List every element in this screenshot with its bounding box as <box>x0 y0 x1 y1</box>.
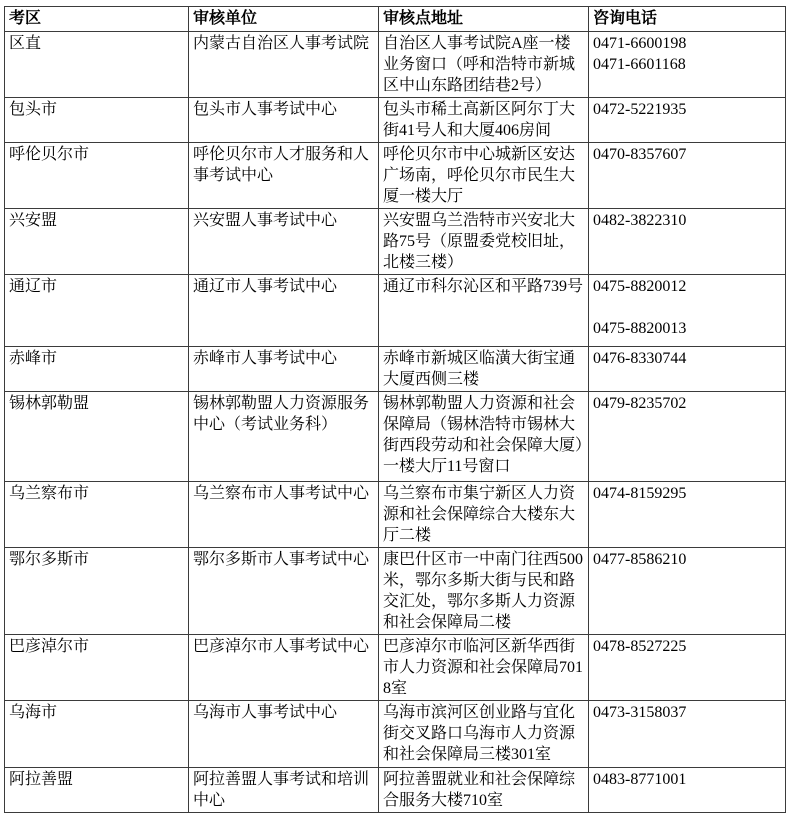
cell-district: 鄂尔多斯市 <box>5 548 189 635</box>
cell-unit: 赤峰市人事考试中心 <box>189 347 379 392</box>
cell-district: 呼伦贝尔市 <box>5 143 189 209</box>
cell-district: 乌兰察布市 <box>5 482 189 548</box>
cell-phone: 0476-8330744 <box>589 347 786 392</box>
table-row: 乌海市 乌海市人事考试中心 乌海市滨河区创业路与宜化街交叉路口乌海市人力资源和社… <box>5 701 786 768</box>
col-header-address: 审核点地址 <box>379 7 589 32</box>
col-header-unit: 审核单位 <box>189 7 379 32</box>
table-row: 通辽市 通辽市人事考试中心 通辽市科尔沁区和平路739号 0475-882001… <box>5 275 786 347</box>
col-header-phone: 咨询电话 <box>589 7 786 32</box>
cell-address: 巴彦淖尔市临河区新华西街市人力资源和社会保障局7018室 <box>379 635 589 701</box>
cell-phone: 0478-8527225 <box>589 635 786 701</box>
cell-district: 巴彦淖尔市 <box>5 635 189 701</box>
cell-district: 阿拉善盟 <box>5 768 189 813</box>
cell-phone: 0475-8820012 0475-8820013 <box>589 275 786 347</box>
table-row: 鄂尔多斯市 鄂尔多斯市人事考试中心 康巴什区市一中南门往西500米，鄂尔多斯大街… <box>5 548 786 635</box>
cell-address: 锡林郭勒盟人力资源和社会保障局（锡林浩特市锡林大街西段劳动和社会保障大厦）一楼大… <box>379 392 589 482</box>
cell-phone: 0471-6600198 0471-6601168 <box>589 32 786 98</box>
cell-district: 赤峰市 <box>5 347 189 392</box>
cell-address: 通辽市科尔沁区和平路739号 <box>379 275 589 347</box>
cell-address: 包头市稀土高新区阿尔丁大街41号人和大厦406房间 <box>379 98 589 143</box>
cell-district: 通辽市 <box>5 275 189 347</box>
table-row: 阿拉善盟 阿拉善盟人事考试和培训中心 阿拉善盟就业和社会保障综合服务大楼710室… <box>5 768 786 813</box>
cell-unit: 包头市人事考试中心 <box>189 98 379 143</box>
table-row: 呼伦贝尔市 呼伦贝尔市人才服务和人事考试中心 呼伦贝尔市中心城新区安达广场南，呼… <box>5 143 786 209</box>
cell-phone: 0473-3158037 <box>589 701 786 768</box>
table-row: 区直 内蒙古自治区人事考试院 自治区人事考试院A座一楼业务窗口（呼和浩特市新城区… <box>5 32 786 98</box>
cell-address: 阿拉善盟就业和社会保障综合服务大楼710室 <box>379 768 589 813</box>
page: 考区 审核单位 审核点地址 咨询电话 区直 内蒙古自治区人事考试院 自治区人事考… <box>0 0 789 802</box>
cell-address: 兴安盟乌兰浩特市兴安北大路75号（原盟委党校旧址，北楼三楼） <box>379 209 589 275</box>
cell-unit: 鄂尔多斯市人事考试中心 <box>189 548 379 635</box>
table-row: 赤峰市 赤峰市人事考试中心 赤峰市新城区临潢大街宝通大厦西侧三楼 0476-83… <box>5 347 786 392</box>
cell-phone: 0479-8235702 <box>589 392 786 482</box>
cell-address: 赤峰市新城区临潢大街宝通大厦西侧三楼 <box>379 347 589 392</box>
cell-address: 康巴什区市一中南门往西500米，鄂尔多斯大街与民和路交汇处，鄂尔多斯人力资源和社… <box>379 548 589 635</box>
table-row: 包头市 包头市人事考试中心 包头市稀土高新区阿尔丁大街41号人和大厦406房间 … <box>5 98 786 143</box>
cell-district: 包头市 <box>5 98 189 143</box>
cell-unit: 内蒙古自治区人事考试院 <box>189 32 379 98</box>
cell-address: 乌兰察布市集宁新区人力资源和社会保障综合大楼东大厅二楼 <box>379 482 589 548</box>
cell-phone: 0470-8357607 <box>589 143 786 209</box>
cell-unit: 阿拉善盟人事考试和培训中心 <box>189 768 379 813</box>
cell-unit: 呼伦贝尔市人才服务和人事考试中心 <box>189 143 379 209</box>
cell-phone: 0472-5221935 <box>589 98 786 143</box>
cell-address: 乌海市滨河区创业路与宜化街交叉路口乌海市人力资源和社会保障局三楼301室 <box>379 701 589 768</box>
cell-district: 乌海市 <box>5 701 189 768</box>
cell-phone: 0482-3822310 <box>589 209 786 275</box>
cell-unit: 乌兰察布市人事考试中心 <box>189 482 379 548</box>
cell-phone: 0483-8771001 <box>589 768 786 813</box>
review-points-table: 考区 审核单位 审核点地址 咨询电话 区直 内蒙古自治区人事考试院 自治区人事考… <box>4 6 786 813</box>
cell-phone: 0474-8159295 <box>589 482 786 548</box>
cell-address: 呼伦贝尔市中心城新区安达广场南，呼伦贝尔市民生大厦一楼大厅 <box>379 143 589 209</box>
cell-address: 自治区人事考试院A座一楼业务窗口（呼和浩特市新城区中山东路团结巷2号） <box>379 32 589 98</box>
cell-unit: 乌海市人事考试中心 <box>189 701 379 768</box>
table-row: 兴安盟 兴安盟人事考试中心 兴安盟乌兰浩特市兴安北大路75号（原盟委党校旧址，北… <box>5 209 786 275</box>
table-row: 巴彦淖尔市 巴彦淖尔市人事考试中心 巴彦淖尔市临河区新华西街市人力资源和社会保障… <box>5 635 786 701</box>
cell-district: 兴安盟 <box>5 209 189 275</box>
cell-phone: 0477-8586210 <box>589 548 786 635</box>
cell-district: 区直 <box>5 32 189 98</box>
cell-unit: 通辽市人事考试中心 <box>189 275 379 347</box>
table-row: 乌兰察布市 乌兰察布市人事考试中心 乌兰察布市集宁新区人力资源和社会保障综合大楼… <box>5 482 786 548</box>
header-row: 考区 审核单位 审核点地址 咨询电话 <box>5 7 786 32</box>
cell-unit: 兴安盟人事考试中心 <box>189 209 379 275</box>
cell-unit: 锡林郭勒盟人力资源服务中心（考试业务科） <box>189 392 379 482</box>
cell-district: 锡林郭勒盟 <box>5 392 189 482</box>
cell-unit: 巴彦淖尔市人事考试中心 <box>189 635 379 701</box>
col-header-district: 考区 <box>5 7 189 32</box>
table-row: 锡林郭勒盟 锡林郭勒盟人力资源服务中心（考试业务科） 锡林郭勒盟人力资源和社会保… <box>5 392 786 482</box>
